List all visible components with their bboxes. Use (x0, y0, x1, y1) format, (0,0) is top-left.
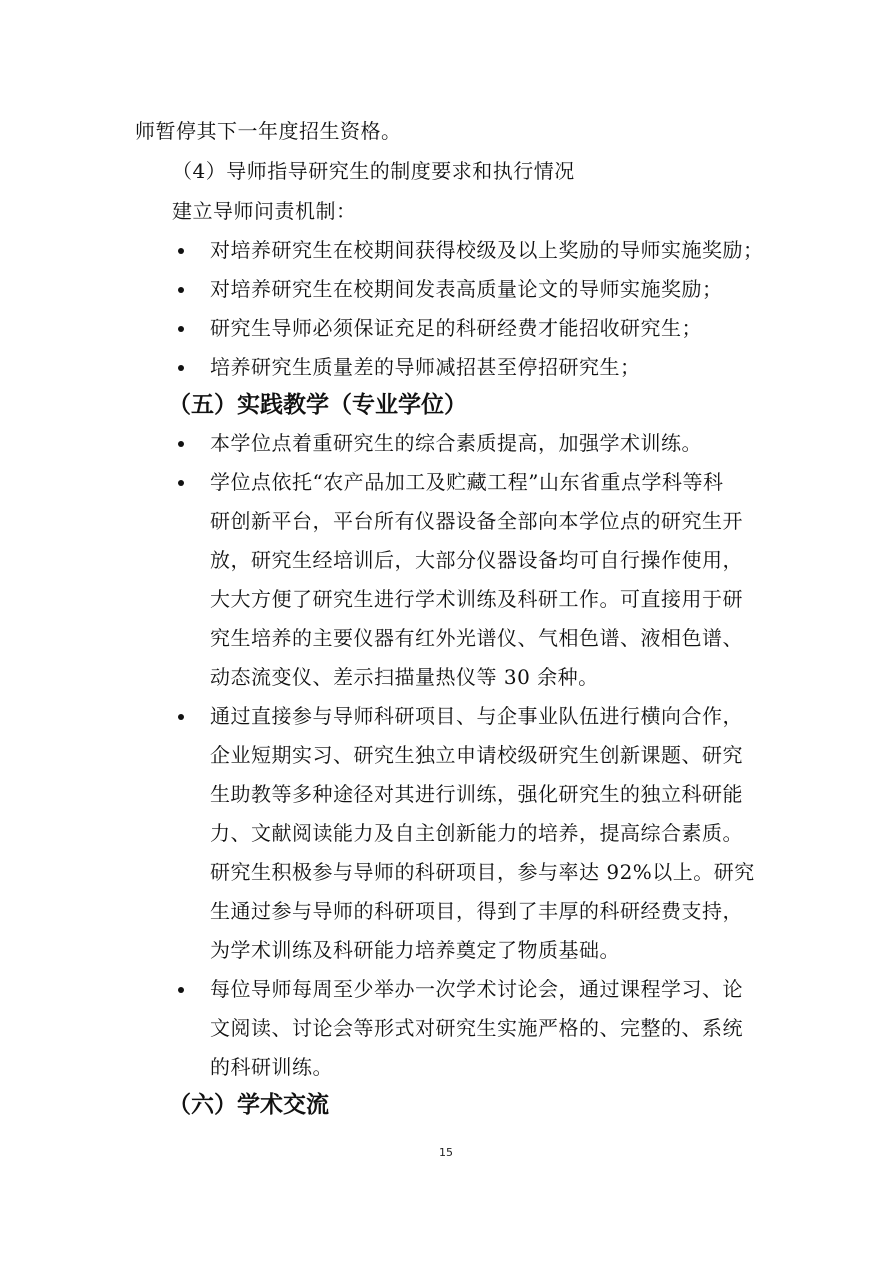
subsection-intro: 建立导师问责机制： (172, 199, 357, 223)
list-item: 对培养研究生在校期间获得校级及以上奖励的导师实施奖励； (210, 238, 764, 262)
list-item-line: 的科研训练。 (210, 1055, 333, 1079)
bullet-dot-icon (178, 441, 184, 447)
continuation-text: 师暂停其下一年度招生资格。 (135, 119, 402, 143)
list-item: 对培养研究生在校期间发表高质量论文的导师实施奖励； (210, 277, 723, 301)
bullet-dot-icon (178, 248, 184, 254)
bullet-dot-icon (178, 365, 184, 371)
section-heading-academic-exchange: （六）学术交流 (168, 1091, 329, 1119)
document-page: 师暂停其下一年度招生资格。 （4）导师指导研究生的制度要求和执行情况 建立导师问… (0, 0, 892, 1261)
list-item-line: 研创新平台，平台所有仪器设备全部向本学位点的研究生开 (210, 509, 743, 533)
list-item-line: 为学术训练及科研能力培养奠定了物质基础。 (210, 938, 620, 962)
subsection-title: （4）导师指导研究生的制度要求和执行情况 (172, 159, 575, 183)
list-item-line: 通过直接参与导师科研项目、与企事业队伍进行横向合作， (210, 704, 743, 728)
list-item-line: 放，研究生经培训后，大部分仪器设备均可自行操作使用， (210, 548, 743, 572)
list-item: 本学位点着重研究生的综合素质提高，加强学术训练。 (210, 431, 702, 455)
bullet-dot-icon (178, 287, 184, 293)
page-number: 15 (0, 1146, 892, 1159)
bullet-dot-icon (178, 326, 184, 332)
bullet-dot-icon (178, 714, 184, 720)
list-item-line: 学位点依托“农产品加工及贮藏工程”山东省重点学科等科 (210, 470, 723, 494)
list-item-line: 研究生积极参与导师的科研项目，参与率达 92%以上。研究 (210, 860, 755, 884)
list-item: 培养研究生质量差的导师减招甚至停招研究生； (210, 355, 641, 379)
section-heading-practice-teaching: （五）实践教学（专业学位） (168, 391, 467, 419)
list-item-line: 究生培养的主要仪器有红外光谱仪、气相色谱、液相色谱、 (210, 626, 743, 650)
bullet-dot-icon (178, 987, 184, 993)
list-item-line: 生助教等多种途径对其进行训练，强化研究生的独立科研能 (210, 782, 743, 806)
list-item-line: 每位导师每周至少举办一次学术讨论会，通过课程学习、论 (210, 977, 743, 1001)
list-item-line: 动态流变仪、差示扫描量热仪等 30 余种。 (210, 665, 599, 689)
bullet-dot-icon (178, 480, 184, 486)
list-item-line: 企业短期实习、研究生独立申请校级研究生创新课题、研究 (210, 743, 743, 767)
list-item: 研究生导师必须保证充足的科研经费才能招收研究生； (210, 316, 702, 340)
list-item-line: 力、文献阅读能力及自主创新能力的培养，提高综合素质。 (210, 821, 743, 845)
list-item-line: 大大方便了研究生进行学术训练及科研工作。可直接用于研 (210, 587, 743, 611)
list-item-line: 生通过参与导师的科研项目，得到了丰厚的科研经费支持， (210, 899, 743, 923)
list-item-line: 文阅读、讨论会等形式对研究生实施严格的、完整的、系统 (210, 1016, 743, 1040)
